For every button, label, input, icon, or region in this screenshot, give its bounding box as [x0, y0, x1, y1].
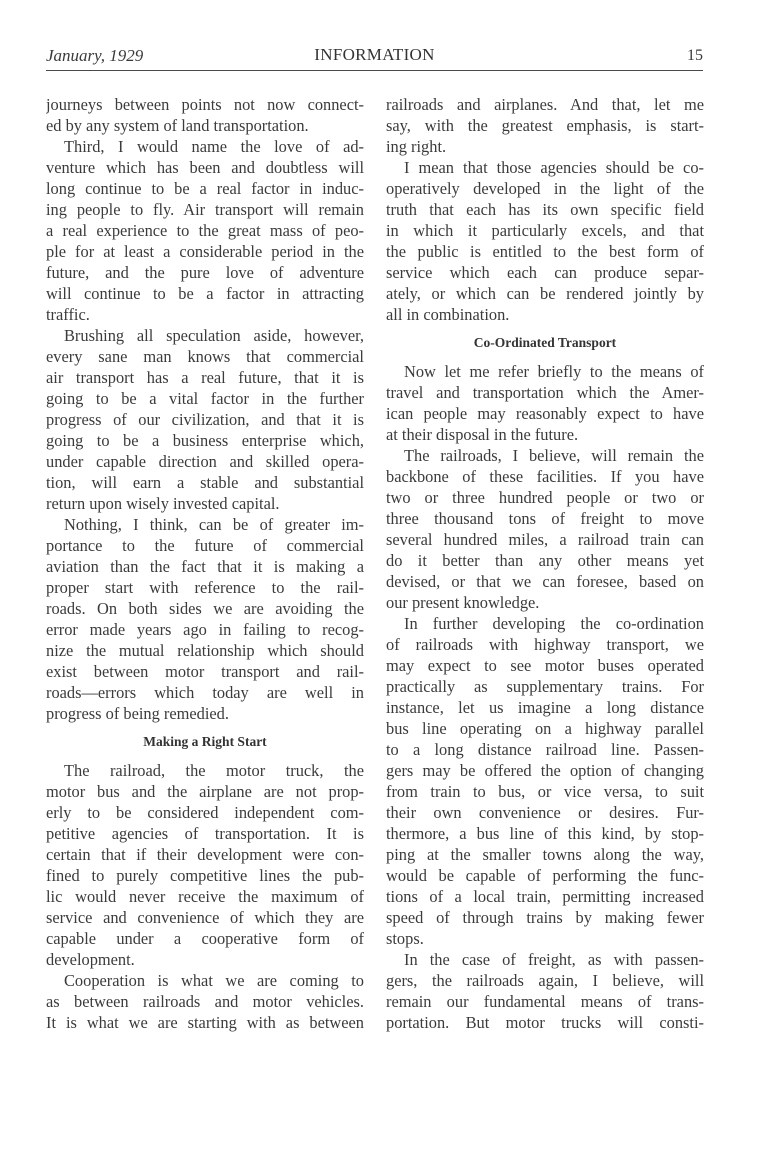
page-number: 15 [687, 47, 703, 65]
text-line: thermore, a bus line of this kind, by st… [386, 823, 704, 844]
text-line: their own convenience or desires. Fur- [386, 802, 704, 823]
text-line: truth that each has its own specific fie… [386, 199, 704, 220]
text-line: to a long distance railroad line. Passen… [386, 739, 704, 760]
text-line: our present knowledge. [386, 592, 704, 613]
text-line: Brushing all speculation aside, however, [46, 325, 364, 346]
text-line: ing right. [386, 136, 704, 157]
text-line: motor bus and the airplane are not prop- [46, 781, 364, 802]
text-line: It is what we are starting with as betwe… [46, 1012, 364, 1033]
section-heading: Making a Right Start [46, 724, 364, 760]
text-line: bus line operating on a highway parallel [386, 718, 704, 739]
text-line: Cooperation is what we are coming to [46, 970, 364, 991]
paragraph: Nothing, I think, can be of greater im-p… [46, 514, 364, 724]
text-line: capable under a cooperative form of [46, 928, 364, 949]
text-line: would be capable of performing the func- [386, 865, 704, 886]
text-line: under capable direction and skilled oper… [46, 451, 364, 472]
text-line: speed of through trains by making fewer [386, 907, 704, 928]
text-line: as between railroads and motor vehicles. [46, 991, 364, 1012]
text-line: railroads and airplanes. And that, let m… [386, 94, 704, 115]
text-line: instance, let us imagine a long distance [386, 697, 704, 718]
text-line: travel and transportation which the Amer… [386, 382, 704, 403]
text-line: ed by any system of land transportation. [46, 115, 364, 136]
text-line: in which it particularly excels, and tha… [386, 220, 704, 241]
text-line: certain that if their development were c… [46, 844, 364, 865]
text-line: exist between motor transport and rail- [46, 661, 364, 682]
paragraph: Brushing all speculation aside, however,… [46, 325, 364, 514]
text-line: Third, I would name the love of ad- [46, 136, 364, 157]
text-line: devised, or that we can foresee, based o… [386, 571, 704, 592]
text-line: long continue to be a real factor in ind… [46, 178, 364, 199]
text-line: service and convenience of which they ar… [46, 907, 364, 928]
text-line: erly to be considered independent com- [46, 802, 364, 823]
text-line: portance to the future of commercial [46, 535, 364, 556]
text-line: of railroads with highway transport, we [386, 634, 704, 655]
text-line: tion, will earn a stable and substantial [46, 472, 364, 493]
text-line: portation. But motor trucks will consti- [386, 1012, 704, 1033]
paragraph: Third, I would name the love of ad-ventu… [46, 136, 364, 325]
text-line: every sane man knows that commercial [46, 346, 364, 367]
text-line: traffic. [46, 304, 364, 325]
paragraph: I mean that those agencies should be co-… [386, 157, 704, 325]
text-line: The railroads, I believe, will remain th… [386, 445, 704, 466]
text-line: backbone of these facilities. If you hav… [386, 466, 704, 487]
text-line: petitive agencies of transportation. It … [46, 823, 364, 844]
text-line: say, with the greatest emphasis, is star… [386, 115, 704, 136]
text-line: at their disposal in the future. [386, 424, 704, 445]
text-line: gers may be offered the option of changi… [386, 760, 704, 781]
paragraph: journeys between points not now connect-… [46, 94, 364, 136]
text-line: In further developing the co-ordination [386, 613, 704, 634]
text-line: may expect to see motor buses operated [386, 655, 704, 676]
text-line: ican people may reasonably expect to hav… [386, 403, 704, 424]
text-line: aviation than the fact that it is making… [46, 556, 364, 577]
text-line: ately, or which can be rendered jointly … [386, 283, 704, 304]
text-line: future, and the pure love of adventure [46, 262, 364, 283]
text-line: practically as supplementary trains. For [386, 676, 704, 697]
paragraph: In further developing the co-ordinationo… [386, 613, 704, 949]
text-line: progress of our civilization, and that i… [46, 409, 364, 430]
text-line: Now let me refer briefly to the means of [386, 361, 704, 382]
text-line: journeys between points not now connect- [46, 94, 364, 115]
publication-title: INFORMATION [46, 45, 703, 65]
running-header: January, 1929 INFORMATION 15 [46, 44, 703, 71]
text-line: roads. On both sides we are avoiding the [46, 598, 364, 619]
text-line: proper start with reference to the rail- [46, 577, 364, 598]
text-line: a real experience to the great mass of p… [46, 220, 364, 241]
text-line: stops. [386, 928, 704, 949]
paragraph: railroads and airplanes. And that, let m… [386, 94, 704, 157]
text-line: will continue to be a factor in attracti… [46, 283, 364, 304]
text-line: fined to purely competitive lines the pu… [46, 865, 364, 886]
text-line: three thousand tons of freight to move [386, 508, 704, 529]
text-line: Nothing, I think, can be of greater im- [46, 514, 364, 535]
text-line: do it better than any other means yet [386, 550, 704, 571]
text-line: air transport has a real future, that it… [46, 367, 364, 388]
section-heading: Co-Ordinated Transport [386, 325, 704, 361]
paragraph: Cooperation is what we are coming toas b… [46, 970, 364, 1033]
text-line: ple for at least a considerable period i… [46, 241, 364, 262]
text-line: gers, the railroads again, I believe, wi… [386, 970, 704, 991]
paragraph: The railroad, the motor truck, themotor … [46, 760, 364, 970]
text-line: progress of being remedied. [46, 703, 364, 724]
text-line: The railroad, the motor truck, the [46, 760, 364, 781]
text-line: ping at the smaller towns along the way, [386, 844, 704, 865]
text-line: going to be a business enterprise which, [46, 430, 364, 451]
text-line: In the case of freight, as with passen- [386, 949, 704, 970]
text-line: development. [46, 949, 364, 970]
paragraph: Now let me refer briefly to the means of… [386, 361, 704, 445]
text-line: roads—errors which today are well in [46, 682, 364, 703]
right-column: railroads and airplanes. And that, let m… [386, 94, 704, 1033]
text-line: I mean that those agencies should be co- [386, 157, 704, 178]
text-line: from train to bus, or vice versa, to sui… [386, 781, 704, 802]
text-line: several hundred miles, a railroad train … [386, 529, 704, 550]
text-line: ing people to fly. Air transport will re… [46, 199, 364, 220]
text-line: operatively developed in the light of th… [386, 178, 704, 199]
text-line: tions of a local train, permitting incre… [386, 886, 704, 907]
paragraph: In the case of freight, as with passen-g… [386, 949, 704, 1033]
text-line: error made years ago in failing to recog… [46, 619, 364, 640]
text-line: lic would never receive the maximum of [46, 886, 364, 907]
text-line: two or three hundred people or two or [386, 487, 704, 508]
text-line: service which each can produce separ- [386, 262, 704, 283]
text-line: return upon wisely invested capital. [46, 493, 364, 514]
text-line: going to be a vital factor in the furthe… [46, 388, 364, 409]
text-line: remain our fundamental means of trans- [386, 991, 704, 1012]
paragraph: The railroads, I believe, will remain th… [386, 445, 704, 613]
text-line: the public is entitled to the best form … [386, 241, 704, 262]
text-line: all in combination. [386, 304, 704, 325]
text-line: nize the mutual relationship which shoul… [46, 640, 364, 661]
left-column: journeys between points not now connect-… [46, 94, 364, 1033]
text-line: venture which has been and doubtless wil… [46, 157, 364, 178]
